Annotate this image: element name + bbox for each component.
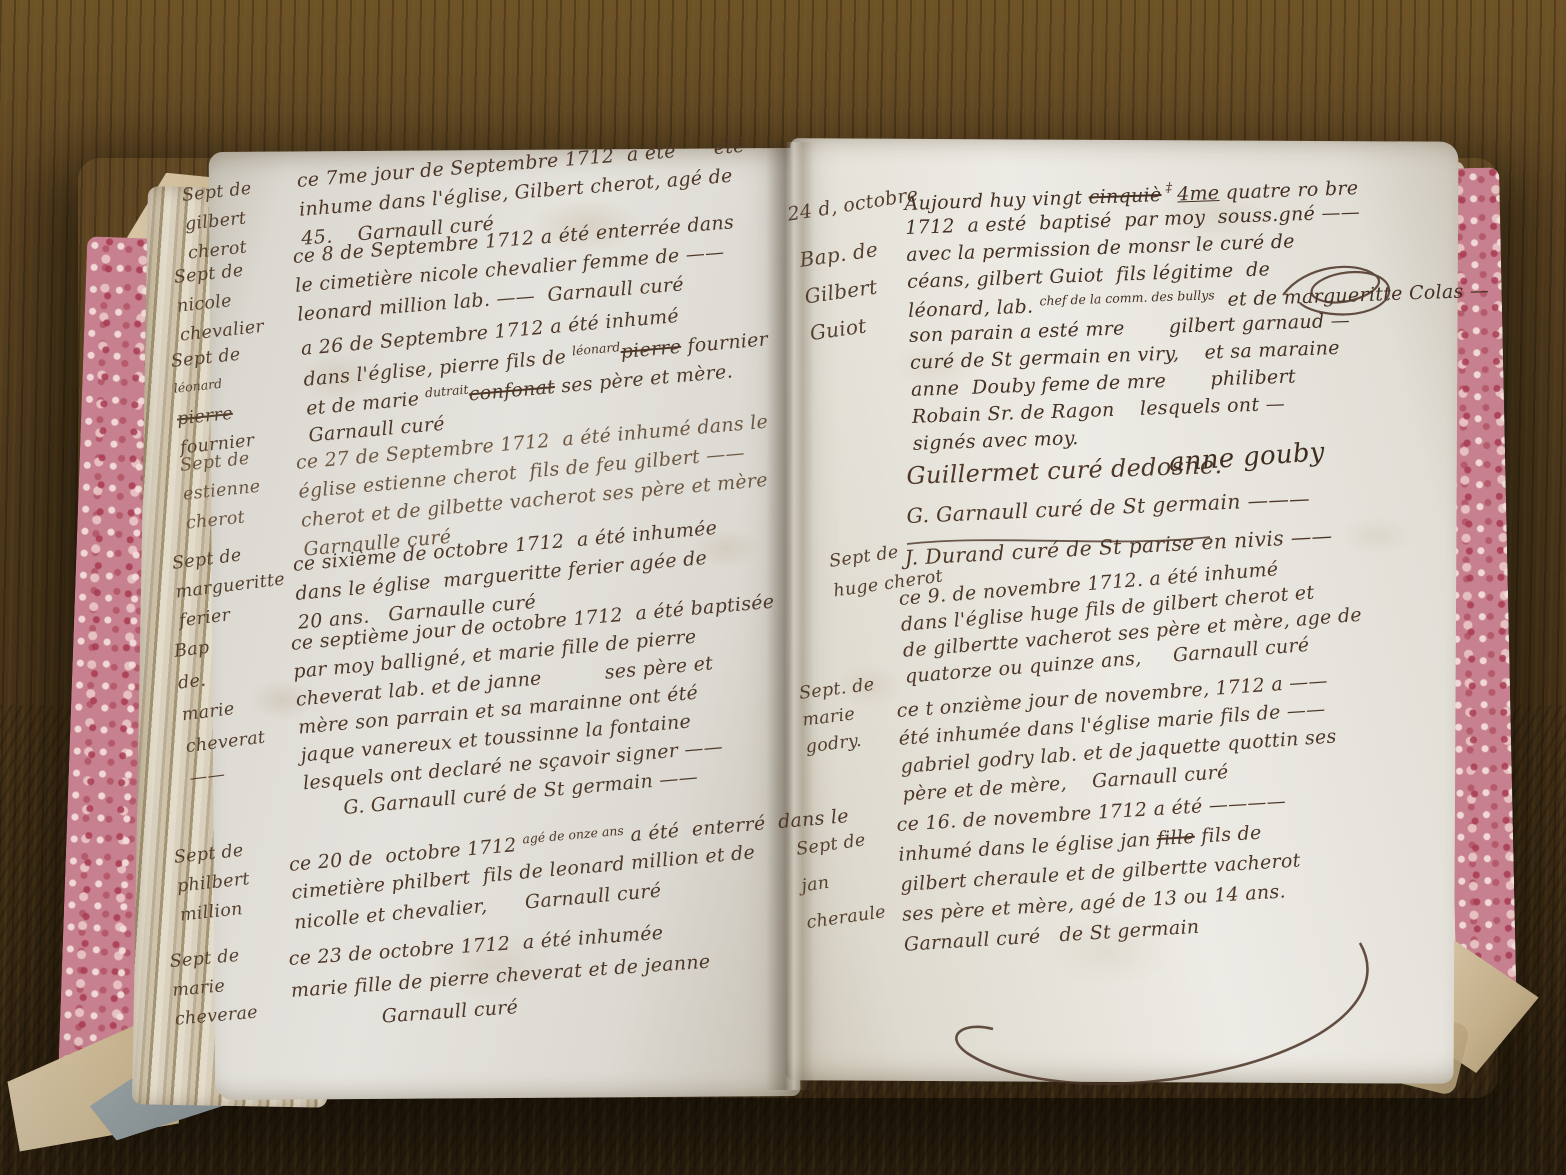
manuscript-photo: Sept degilbertcherot ce 7me jour de Sept… xyxy=(0,0,1566,1175)
photo-vignette xyxy=(0,0,1566,1175)
